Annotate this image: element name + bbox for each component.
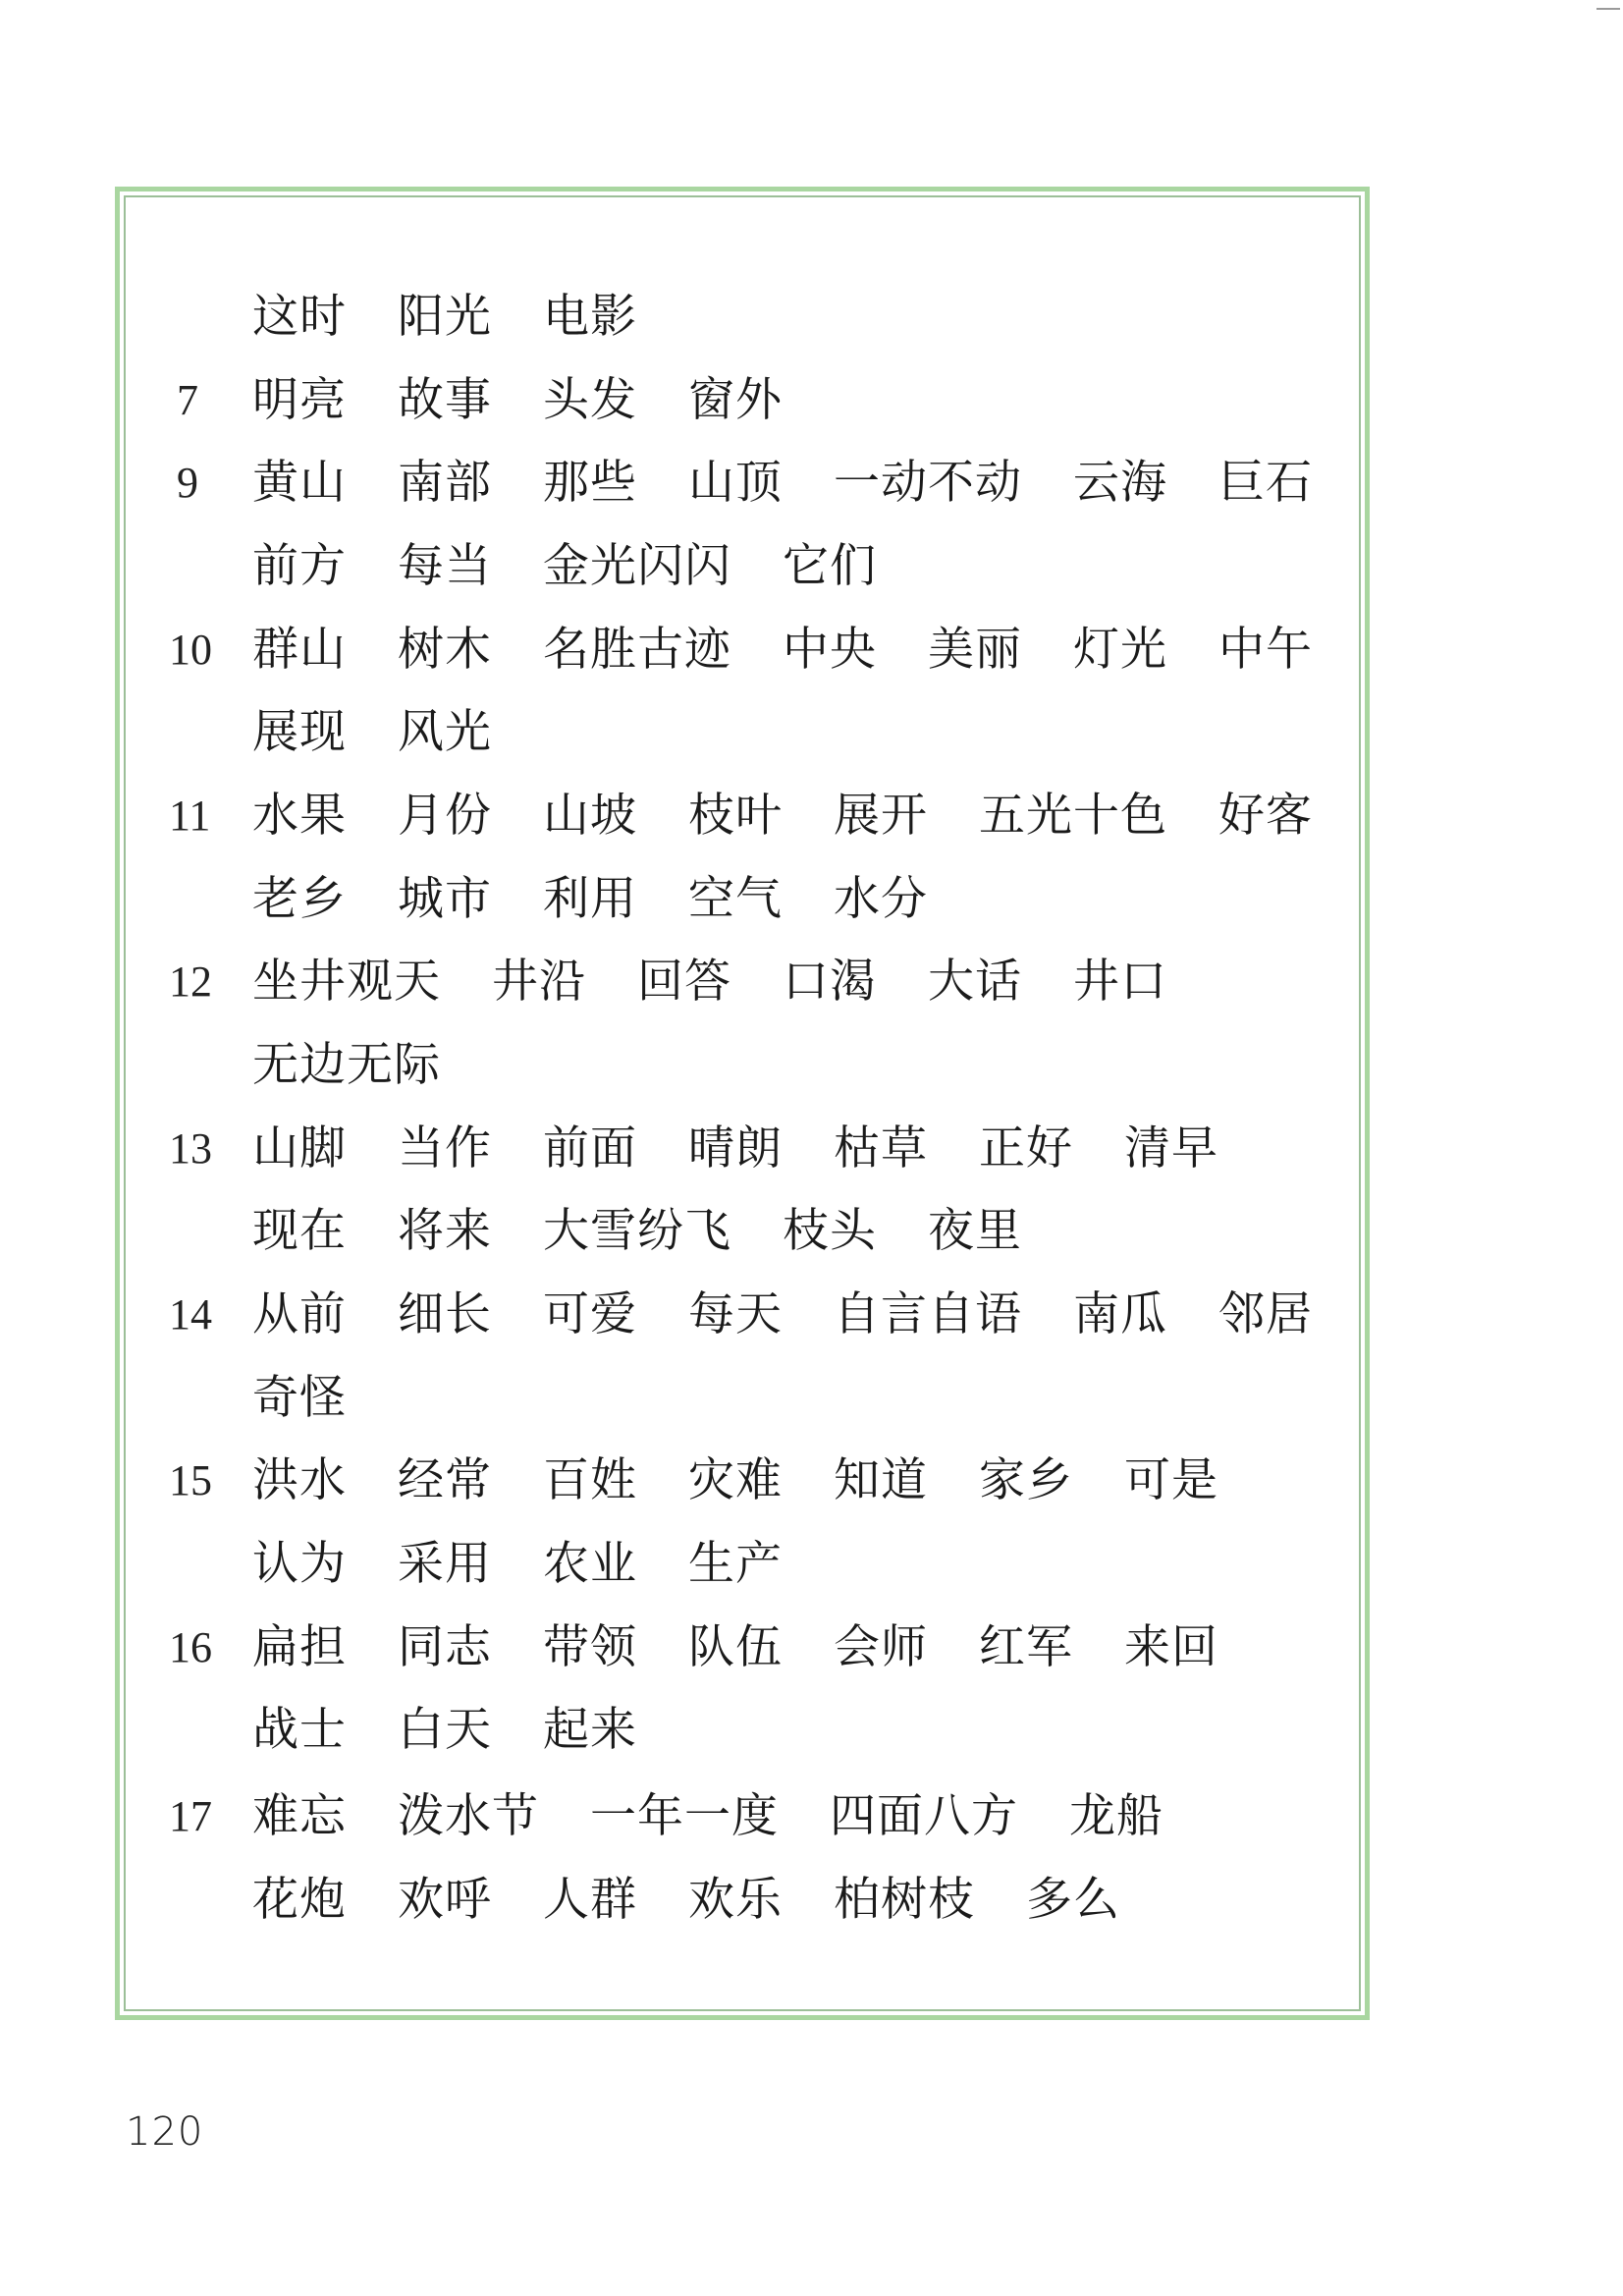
- word-group: 从前细长可爱每天自言自语南瓜邻居: [252, 1285, 1313, 1344]
- vocabulary-word: 带领: [543, 1618, 637, 1677]
- lesson-row-continuation: 展现风光: [0, 703, 1623, 762]
- vocabulary-word: 人群: [543, 1871, 637, 1930]
- lesson-row-continuation: 奇怪: [0, 1369, 1623, 1428]
- vocabulary-word: 夜里: [928, 1202, 1022, 1261]
- vocabulary-word: 水果: [252, 787, 347, 846]
- vocabulary-word: 金光闪闪: [543, 537, 731, 596]
- vocabulary-word: 风光: [398, 703, 492, 762]
- vocabulary-word: 同志: [398, 1618, 492, 1677]
- word-group: 明亮故事头发窗外: [252, 371, 783, 430]
- vocabulary-word: 老乡: [252, 870, 347, 929]
- vocabulary-word: 一年一度: [590, 1787, 779, 1846]
- vocabulary-word: 它们: [783, 537, 877, 596]
- word-group: 山脚当作前面晴朗枯草正好清早: [252, 1120, 1218, 1178]
- vocabulary-word: 可是: [1124, 1451, 1218, 1510]
- vocabulary-word: 大雪纷飞: [543, 1202, 731, 1261]
- lesson-row-continuation: 战士白天起来: [0, 1701, 1623, 1760]
- vocabulary-word: 扁担: [252, 1618, 347, 1677]
- word-group: 认为采用农业生产: [252, 1535, 783, 1594]
- vocabulary-word: 城市: [398, 870, 492, 929]
- vocabulary-word: 美丽: [928, 621, 1022, 680]
- word-group: 展现风光: [252, 703, 492, 762]
- vocabulary-word: 晴朗: [688, 1120, 783, 1178]
- vocabulary-word: 水分: [834, 870, 928, 929]
- vocabulary-word: 红军: [979, 1618, 1073, 1677]
- lesson-number: 12: [169, 953, 238, 1011]
- word-group: 花炮欢呼人群欢乐柏树枝多么: [252, 1871, 1120, 1930]
- vocabulary-word: 从前: [252, 1285, 347, 1344]
- lesson-number: 16: [169, 1618, 238, 1677]
- vocabulary-word: 会师: [834, 1618, 928, 1677]
- lesson-number: 9: [177, 454, 245, 513]
- lesson-row-7: 7明亮故事头发窗外: [0, 371, 1623, 430]
- word-group: 战士白天起来: [252, 1701, 637, 1760]
- vocabulary-word: 中央: [783, 621, 877, 680]
- vocabulary-word: 生产: [688, 1535, 783, 1594]
- vocabulary-word: 利用: [543, 870, 637, 929]
- vocabulary-word: 山顶: [688, 454, 783, 513]
- scan-corner-mark: [1596, 8, 1620, 10]
- vocabulary-word: 回答: [637, 953, 731, 1011]
- vocabulary-word: 正好: [979, 1120, 1073, 1178]
- lesson-row-10: 10群山树木名胜古迹中央美丽灯光中午: [0, 621, 1623, 680]
- vocabulary-word: 清早: [1124, 1120, 1218, 1178]
- vocabulary-word: 好客: [1218, 787, 1313, 846]
- word-group: 扁担同志带领队伍会师红军来回: [252, 1618, 1218, 1677]
- vocabulary-word: 难忘: [252, 1787, 347, 1846]
- word-group: 这时阳光电影: [252, 288, 637, 347]
- word-group: 洪水经常百姓灾难知道家乡可是: [252, 1451, 1218, 1510]
- vocabulary-word: 柏树枝: [834, 1871, 975, 1930]
- lesson-number: 11: [169, 787, 238, 846]
- vocabulary-word: 山脚: [252, 1120, 347, 1178]
- lesson-row-continuation: 认为采用农业生产: [0, 1535, 1623, 1594]
- vocabulary-word: 每当: [398, 537, 492, 596]
- vocabulary-word: 枝叶: [688, 787, 783, 846]
- vocabulary-word: 群山: [252, 621, 347, 680]
- word-group: 现在将来大雪纷飞枝头夜里: [252, 1202, 1022, 1261]
- page-number: 120: [126, 2109, 203, 2155]
- vocabulary-word: 巨石: [1218, 454, 1313, 513]
- vocabulary-word: 枯草: [834, 1120, 928, 1178]
- vocabulary-word: 现在: [252, 1202, 347, 1261]
- vocabulary-word: 可爱: [543, 1285, 637, 1344]
- word-group: 黄山南部那些山顶一动不动云海巨石: [252, 454, 1313, 513]
- vocabulary-word: 名胜古迹: [543, 621, 731, 680]
- lesson-number: 13: [169, 1120, 238, 1178]
- vocabulary-word: 泼水节: [398, 1787, 539, 1846]
- vocabulary-word: 展开: [834, 787, 928, 846]
- vocabulary-word: 认为: [252, 1535, 347, 1594]
- vocabulary-word: 欢乐: [688, 1871, 783, 1930]
- vocabulary-word: 大话: [928, 953, 1022, 1011]
- lesson-row-9: 9黄山南部那些山顶一动不动云海巨石: [0, 454, 1623, 513]
- lesson-row-continuation: 老乡城市利用空气水分: [0, 870, 1623, 929]
- lesson-row-12: 12坐井观天井沿回答口渴大话井口: [0, 953, 1623, 1011]
- lesson-row-continuation: 花炮欢呼人群欢乐柏树枝多么: [0, 1871, 1623, 1930]
- vocabulary-word: 电影: [543, 288, 637, 347]
- vocabulary-word: 采用: [398, 1535, 492, 1594]
- vocabulary-word: 南部: [398, 454, 492, 513]
- vocabulary-word: 经常: [398, 1451, 492, 1510]
- vocabulary-word: 口渴: [783, 953, 877, 1011]
- vocabulary-word: 起来: [543, 1701, 637, 1760]
- vocabulary-word: 这时: [252, 288, 347, 347]
- vocabulary-word: 当作: [398, 1120, 492, 1178]
- vocabulary-word: 战士: [252, 1701, 347, 1760]
- vocabulary-word: 前方: [252, 537, 347, 596]
- vocabulary-word: 知道: [834, 1451, 928, 1510]
- vocabulary-word: 来回: [1124, 1618, 1218, 1677]
- vocabulary-word: 头发: [543, 371, 637, 430]
- vocabulary-word: 明亮: [252, 371, 347, 430]
- vocabulary-word: 灾难: [688, 1451, 783, 1510]
- vocabulary-word: 每天: [688, 1285, 783, 1344]
- vocabulary-word: 家乡: [979, 1451, 1073, 1510]
- vocabulary-word: 窗外: [688, 371, 783, 430]
- lesson-row-16: 16扁担同志带领队伍会师红军来回: [0, 1618, 1623, 1677]
- lesson-row-13: 13山脚当作前面晴朗枯草正好清早: [0, 1120, 1623, 1178]
- vocabulary-word: 阳光: [398, 288, 492, 347]
- word-group: 难忘泼水节一年一度四面八方龙船: [252, 1787, 1163, 1846]
- vocabulary-word: 云海: [1073, 454, 1167, 513]
- word-group: 前方每当金光闪闪它们: [252, 537, 877, 596]
- vocabulary-word: 灯光: [1073, 621, 1167, 680]
- lesson-row-11: 11水果月份山坡枝叶展开五光十色好客: [0, 787, 1623, 846]
- lesson-row-continuation: 前方每当金光闪闪它们: [0, 537, 1623, 596]
- lesson-row-15: 15洪水经常百姓灾难知道家乡可是: [0, 1451, 1623, 1510]
- lesson-number: 10: [169, 621, 238, 680]
- vocabulary-word: 中午: [1218, 621, 1313, 680]
- vocabulary-word: 前面: [543, 1120, 637, 1178]
- lesson-row-continuation: 无边无际: [0, 1036, 1623, 1095]
- vocabulary-word: 那些: [543, 454, 637, 513]
- vocabulary-word: 故事: [398, 371, 492, 430]
- vocabulary-word: 欢呼: [398, 1871, 492, 1930]
- vocabulary-word: 多么: [1026, 1871, 1120, 1930]
- vocabulary-word: 树木: [398, 621, 492, 680]
- vocabulary-word: 井口: [1073, 953, 1167, 1011]
- vocabulary-word: 展现: [252, 703, 347, 762]
- vocabulary-word: 花炮: [252, 1871, 347, 1930]
- vocabulary-word: 自言自语: [834, 1285, 1022, 1344]
- vocabulary-word: 山坡: [543, 787, 637, 846]
- vocabulary-word: 枝头: [783, 1202, 877, 1261]
- word-group: 水果月份山坡枝叶展开五光十色好客: [252, 787, 1313, 846]
- vocabulary-word: 白天: [398, 1701, 492, 1760]
- lesson-row-continuation: 现在将来大雪纷飞枝头夜里: [0, 1202, 1623, 1261]
- vocabulary-word: 百姓: [543, 1451, 637, 1510]
- vocabulary-word: 洪水: [252, 1451, 347, 1510]
- lesson-number: 14: [169, 1285, 238, 1344]
- vocabulary-word: 细长: [398, 1285, 492, 1344]
- lesson-row-17: 17难忘泼水节一年一度四面八方龙船: [0, 1787, 1623, 1846]
- lesson-row-continuation: 这时阳光电影: [0, 288, 1623, 347]
- vocabulary-word: 农业: [543, 1535, 637, 1594]
- word-group: 群山树木名胜古迹中央美丽灯光中午: [252, 621, 1313, 680]
- vocabulary-word: 南瓜: [1073, 1285, 1167, 1344]
- word-group: 奇怪: [252, 1369, 347, 1428]
- vocabulary-word: 四面八方: [830, 1787, 1018, 1846]
- vocabulary-word: 井沿: [492, 953, 586, 1011]
- word-group: 无边无际: [252, 1036, 441, 1095]
- vocabulary-word: 邻居: [1218, 1285, 1313, 1344]
- vocabulary-word: 龙船: [1069, 1787, 1163, 1846]
- vocabulary-word: 奇怪: [252, 1369, 347, 1428]
- vocabulary-word: 五光十色: [979, 787, 1167, 846]
- word-group: 老乡城市利用空气水分: [252, 870, 928, 929]
- lesson-number: 7: [177, 371, 245, 430]
- vocabulary-word: 坐井观天: [252, 953, 441, 1011]
- vocabulary-word: 一动不动: [834, 454, 1022, 513]
- vocabulary-word: 月份: [398, 787, 492, 846]
- vocabulary-word: 队伍: [688, 1618, 783, 1677]
- word-group: 坐井观天井沿回答口渴大话井口: [252, 953, 1167, 1011]
- vocabulary-word: 空气: [688, 870, 783, 929]
- lesson-number: 15: [169, 1451, 238, 1510]
- vocabulary-word: 将来: [398, 1202, 492, 1261]
- lesson-row-14: 14从前细长可爱每天自言自语南瓜邻居: [0, 1285, 1623, 1344]
- vocabulary-word: 无边无际: [252, 1036, 441, 1095]
- vocabulary-word: 黄山: [252, 454, 347, 513]
- lesson-number: 17: [169, 1787, 238, 1846]
